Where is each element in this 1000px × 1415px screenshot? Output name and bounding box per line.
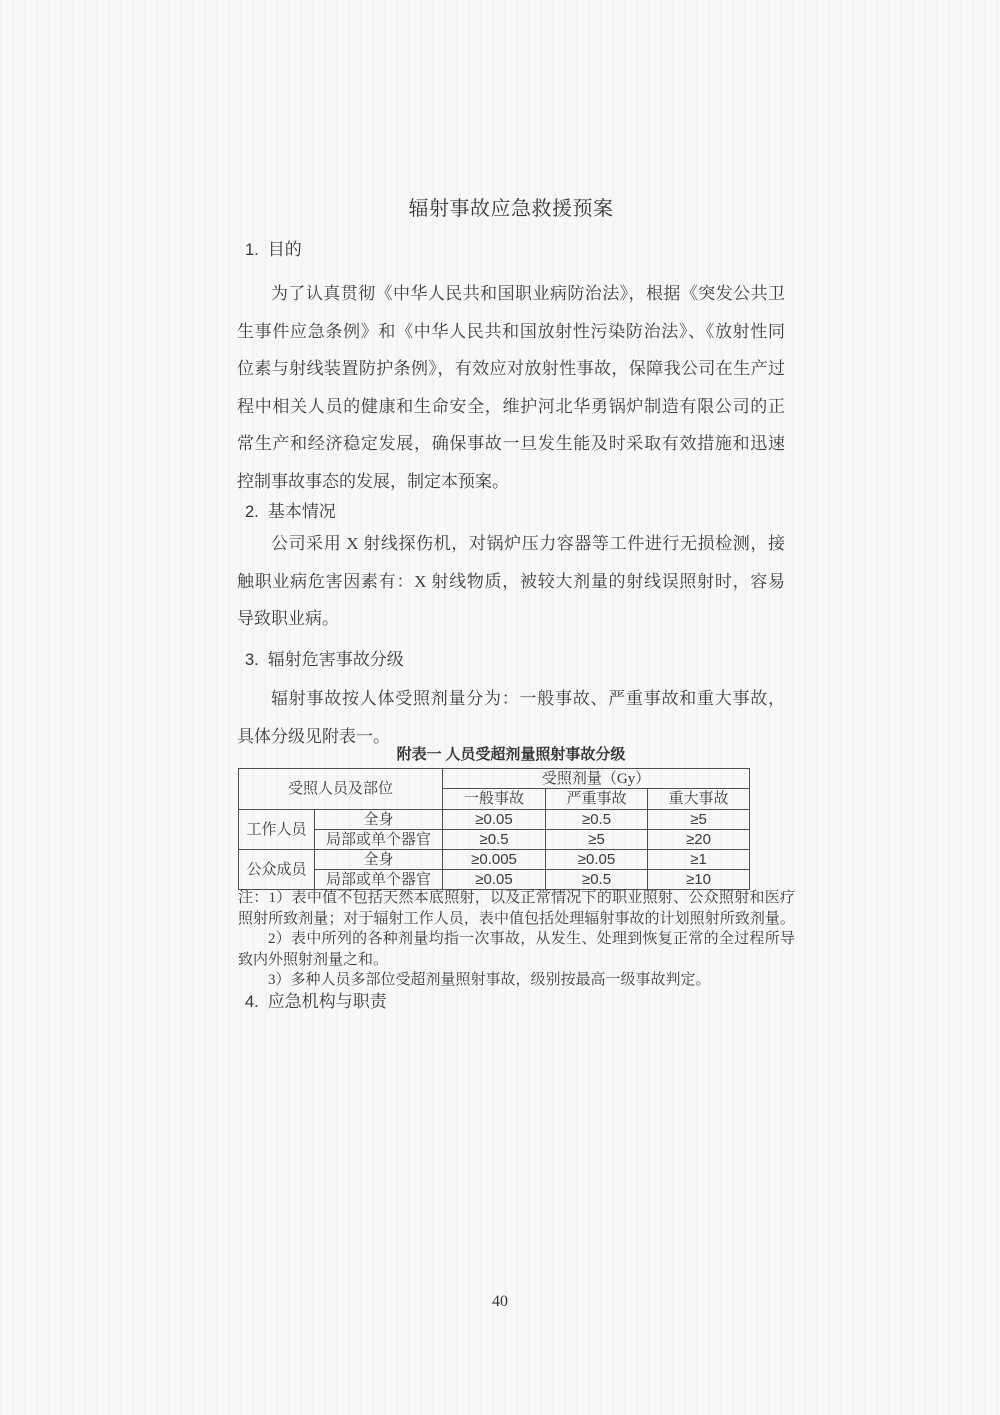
note-line: 注：1）表中值不包括天然本底照射，以及正常情况下的职业照射、公众照射和医疗 (238, 888, 795, 909)
table-value: ≥0.005 (443, 850, 546, 870)
table-value: ≥0.5 (443, 830, 546, 850)
table-row: 局部或单个器官 ≥0.05 ≥0.5 ≥10 (239, 870, 750, 890)
paragraph-line: 为了认真贯彻《中华人民共和国职业病防治法》，根据《突发公共卫 (237, 275, 785, 313)
table-value: ≥0.05 (546, 850, 648, 870)
table-value: ≥5 (546, 830, 648, 850)
table-value: ≥20 (648, 830, 750, 850)
section-number: 2. (245, 503, 259, 521)
table-notes: 注：1）表中值不包括天然本底照射，以及正常情况下的职业照射、公众照射和医疗 照射… (238, 888, 795, 991)
paragraph-line: 导致职业病。 (237, 600, 785, 638)
paragraph-line: 公司采用 X 射线探伤机，对锅炉压力容器等工件进行无损检测，接 (237, 525, 785, 563)
section-heading-text: 基本情况 (268, 502, 336, 521)
table-header-people: 受照人员及部位 (239, 769, 443, 810)
table-row: 公众成员 全身 ≥0.005 ≥0.05 ≥1 (239, 850, 750, 870)
table-group-name: 公众成员 (239, 850, 315, 890)
section-heading-text: 辐射危害事故分级 (268, 650, 404, 669)
table-group-name: 工作人员 (239, 810, 315, 850)
table-body-part: 全身 (315, 810, 443, 830)
table-value: ≥0.5 (546, 810, 648, 830)
page-number: 40 (0, 1292, 1000, 1312)
table-row: 工作人员 全身 ≥0.05 ≥0.5 ≥5 (239, 810, 750, 830)
paragraph-line: 位素与射线装置防护条例》，有效应对放射性事故，保障我公司在生产过 (237, 350, 785, 388)
document-page: 辐射事故应急救援预案 1.目的 为了认真贯彻《中华人民共和国职业病防治法》，根据… (0, 0, 1000, 1415)
table-col-header: 重大事故 (648, 789, 750, 810)
table-col-header: 一般事故 (443, 789, 546, 810)
paragraph-line: 常生产和经济稳定发展，确保事故一旦发生能及时采取有效措施和迅速 (237, 425, 785, 463)
paragraph-line: 生事件应急条例》和《中华人民共和国放射性污染防治法》、《放射性同 (237, 313, 785, 351)
table-header-dose: 受照剂量（Gy） (443, 769, 750, 789)
note-line: 致内外照射剂量之和。 (238, 950, 795, 971)
section-heading-2: 2.基本情况 (237, 498, 793, 526)
document-title: 辐射事故应急救援预案 (237, 195, 785, 223)
section-number: 3. (245, 651, 259, 669)
section-heading-text: 应急机构与职责 (268, 992, 387, 1011)
section-heading-3: 3.辐射危害事故分级 (237, 646, 793, 674)
table-value: ≥10 (648, 870, 750, 890)
paragraph-basic-info: 公司采用 X 射线探伤机，对锅炉压力容器等工件进行无损检测，接 触职业病危害因素… (237, 525, 785, 638)
section-number: 4. (245, 993, 259, 1011)
table-value: ≥0.05 (443, 810, 546, 830)
paragraph-line: 程中相关人员的健康和生命安全，维护河北华勇锅炉制造有限公司的正 (237, 388, 785, 426)
table-row: 局部或单个器官 ≥0.5 ≥5 ≥20 (239, 830, 750, 850)
dose-classification-table: 受照人员及部位 受照剂量（Gy） 一般事故 严重事故 重大事故 工作人员 全身 … (238, 768, 750, 890)
table-col-header: 严重事故 (546, 789, 648, 810)
paragraph-classification: 辐射事故按人体受照剂量分为：一般事故、严重事故和重大事故， 具体分级见附表一。 (237, 680, 785, 755)
section-heading-1: 1.目的 (237, 236, 793, 264)
table-body-part: 全身 (315, 850, 443, 870)
table-value: ≥0.05 (443, 870, 546, 890)
note-line: 照射所致剂量；对于辐射工作人员，表中值包括处理辐射事故的计划照射所致剂量。 (238, 909, 795, 930)
table-value: ≥5 (648, 810, 750, 830)
table-body-part: 局部或单个器官 (315, 830, 443, 850)
paragraph-line: 辐射事故按人体受照剂量分为：一般事故、严重事故和重大事故， (237, 680, 785, 718)
paragraph-line: 控制事故事态的发展，制定本预案。 (237, 463, 785, 501)
table-value: ≥1 (648, 850, 750, 870)
table-value: ≥0.5 (546, 870, 648, 890)
section-heading-text: 目的 (268, 240, 302, 259)
note-line: 2）表中所列的各种剂量均指一次事故，从发生、处理到恢复正常的全过程所导 (238, 929, 795, 950)
paragraph-line: 触职业病危害因素有：X 射线物质，被较大剂量的射线误照射时，容易 (237, 563, 785, 601)
table-caption: 附表一 人员受超剂量照射事故分级 (237, 745, 785, 765)
section-number: 1. (245, 241, 259, 259)
table-body-part: 局部或单个器官 (315, 870, 443, 890)
section-heading-4: 4.应急机构与职责 (237, 988, 793, 1016)
paragraph-purpose: 为了认真贯彻《中华人民共和国职业病防治法》，根据《突发公共卫 生事件应急条例》和… (237, 275, 785, 501)
